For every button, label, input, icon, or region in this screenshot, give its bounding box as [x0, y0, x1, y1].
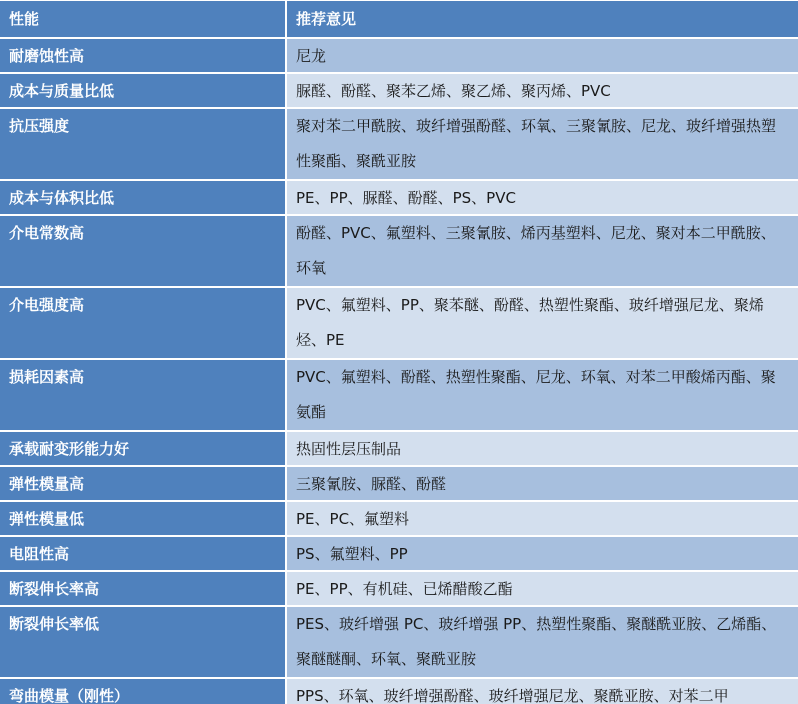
recommendation-cell: PES、玻纤增强 PC、玻纤增强 PP、热塑性聚酯、聚醚酰亚胺、乙烯酯、聚醚醚酮…	[287, 607, 798, 677]
property-cell: 电阻性高	[0, 537, 285, 570]
recommendation-cell: 聚对苯二甲酰胺、玻纤增强酚醛、环氧、三聚氰胺、尼龙、玻纤增强热塑性聚酯、聚酰亚胺	[287, 109, 798, 179]
recommendation-cell: 三聚氰胺、脲醛、酚醛	[287, 467, 798, 500]
recommendation-cell: PE、PC、氟塑料	[287, 502, 798, 535]
property-cell: 成本与体积比低	[0, 181, 285, 214]
recommendation-cell: PE、PP、有机硅、已烯醋酸乙酯	[287, 572, 798, 605]
recommendation-cell: 尼龙	[287, 39, 798, 72]
property-cell: 弹性模量高	[0, 467, 285, 500]
property-cell: 断裂伸长率低	[0, 607, 285, 677]
recommendation-cell: PVC、氟塑料、PP、聚苯醚、酚醛、热塑性聚酯、玻纤增强尼龙、聚烯烃、PE	[287, 288, 798, 358]
recommendation-cell: PE、PP、脲醛、酚醛、PS、PVC	[287, 181, 798, 214]
property-cell: 承载耐变形能力好	[0, 432, 285, 465]
recommendation-cell: PS、氟塑料、PP	[287, 537, 798, 570]
recommendation-cell: 热固性层压制品	[287, 432, 798, 465]
property-cell: 介电常数高	[0, 216, 285, 286]
property-cell: 断裂伸长率高	[0, 572, 285, 605]
property-cell: 损耗因素高	[0, 360, 285, 430]
property-cell: 耐磨蚀性高	[0, 39, 285, 72]
header-property: 性能	[0, 1, 285, 37]
property-cell: 弯曲模量（刚性）	[0, 679, 285, 704]
header-recommendation: 推荐意见	[287, 1, 798, 37]
property-cell: 介电强度高	[0, 288, 285, 358]
property-cell: 成本与质量比低	[0, 74, 285, 107]
recommendation-cell: 酚醛、PVC、氟塑料、三聚氰胺、烯丙基塑料、尼龙、聚对本二甲酰胺、环氧	[287, 216, 798, 286]
property-cell: 抗压强度	[0, 109, 285, 179]
recommendation-cell: 脲醛、酚醛、聚苯乙烯、聚乙烯、聚丙烯、PVC	[287, 74, 798, 107]
recommendation-cell: PVC、氟塑料、酚醛、热塑性聚酯、尼龙、环氧、对苯二甲酸烯丙酯、聚氨酯	[287, 360, 798, 430]
recommendation-cell: PPS、环氧、玻纤增强酚醛、玻纤增强尼龙、聚酰亚胺、对苯二甲	[287, 679, 798, 704]
property-cell: 弹性模量低	[0, 502, 285, 535]
properties-table: 性能 推荐意见 耐磨蚀性高 尼龙 成本与质量比低 脲醛、酚醛、聚苯乙烯、聚乙烯、…	[0, 0, 798, 704]
